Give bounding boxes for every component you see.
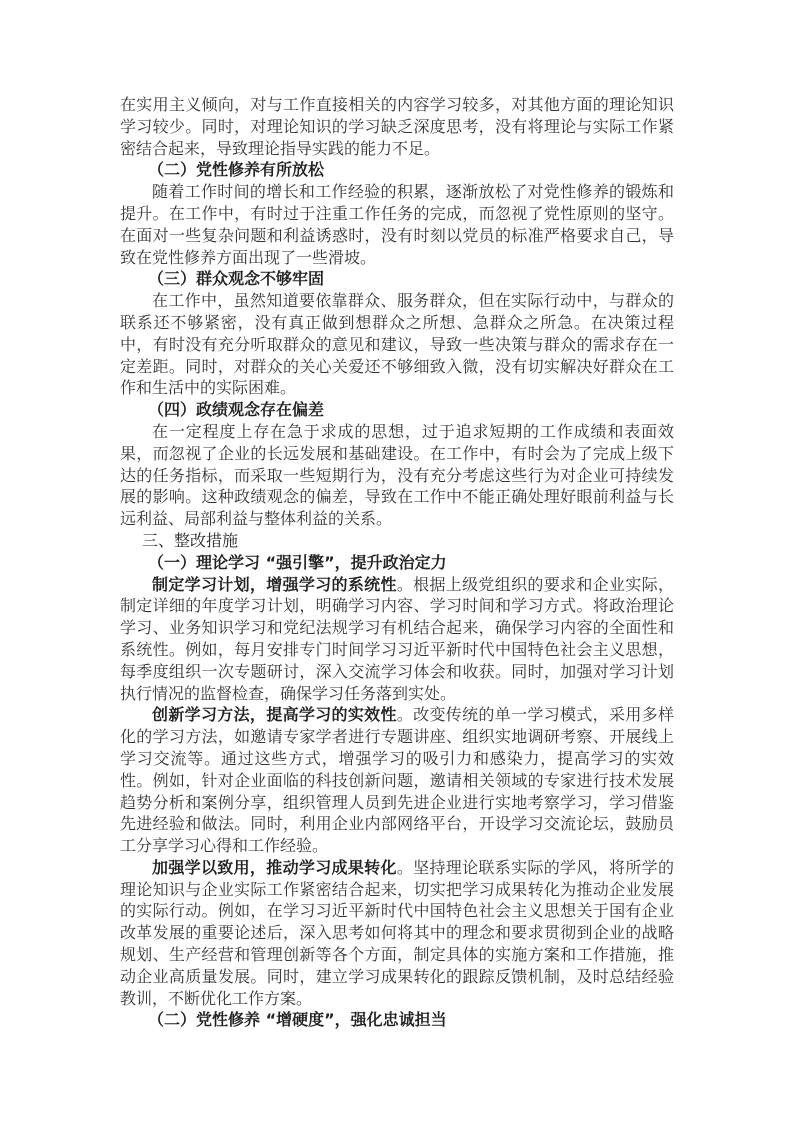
paragraph-apply-learning: 加强学以致用，推动学习成果转化。坚持理论联系实际的学风，将所学的理论知识与企业实…: [120, 857, 674, 1010]
subheading-party-spirit-hardness: （二）党性修养 “增硬度”，强化忠诚担当: [120, 1009, 674, 1031]
subheading-mass-concept: （三）群众观念不够牢固: [120, 268, 674, 290]
subheading-party-spirit: （二）党性修养有所放松: [120, 159, 674, 181]
text-study-methods: 。改变传统的单一学习模式，采用多样化的学习方法，如邀请专家学者进行专题讲座、组织…: [120, 705, 674, 855]
subheading-theory-study: （一）理论学习 “强引擎”，提升政治定力: [120, 552, 674, 574]
subheading-performance-view: （四）政绩观念存在偏差: [120, 399, 674, 421]
text-apply-learning: 。坚持理论联系实际的学风，将所学的理论知识与企业实际工作紧密结合起来，切实把学习…: [120, 858, 674, 1008]
paragraph-mass-concept: 在工作中，虽然知道要依靠群众、服务群众，但在实际行动中，与群众的联系还不够紧密，…: [120, 290, 674, 399]
paragraph-performance-view: 在一定程度上存在急于求成的思想，过于追求短期的工作成绩和表面效果，而忽视了企业的…: [120, 421, 674, 530]
lead-study-plan: 制定学习计划，增强学习的系统性: [152, 575, 397, 594]
paragraph-study-methods: 创新学习方法，提高学习的实效性。改变传统的单一学习模式，采用多样化的学习方法，如…: [120, 704, 674, 857]
paragraph-continuation: 在实用主义倾向，对与工作直接相关的内容学习较多，对其他方面的理论知识学习较少。同…: [120, 94, 674, 159]
paragraph-party-spirit: 随着工作时间的增长和工作经验的积累，逐渐放松了对党性修养的锻炼和提升。在工作中，…: [120, 181, 674, 268]
lead-apply-learning: 加强学以致用，推动学习成果转化: [152, 858, 397, 877]
document-page: 在实用主义倾向，对与工作直接相关的内容学习较多，对其他方面的理论知识学习较少。同…: [120, 94, 674, 1031]
paragraph-study-plan: 制定学习计划，增强学习的系统性。根据上级党组织的要求和企业实际，制定详细的年度学…: [120, 574, 674, 705]
lead-study-methods: 创新学习方法，提高学习的实效性: [152, 705, 397, 724]
heading-rectification-measures: 三、整改措施: [120, 530, 674, 552]
